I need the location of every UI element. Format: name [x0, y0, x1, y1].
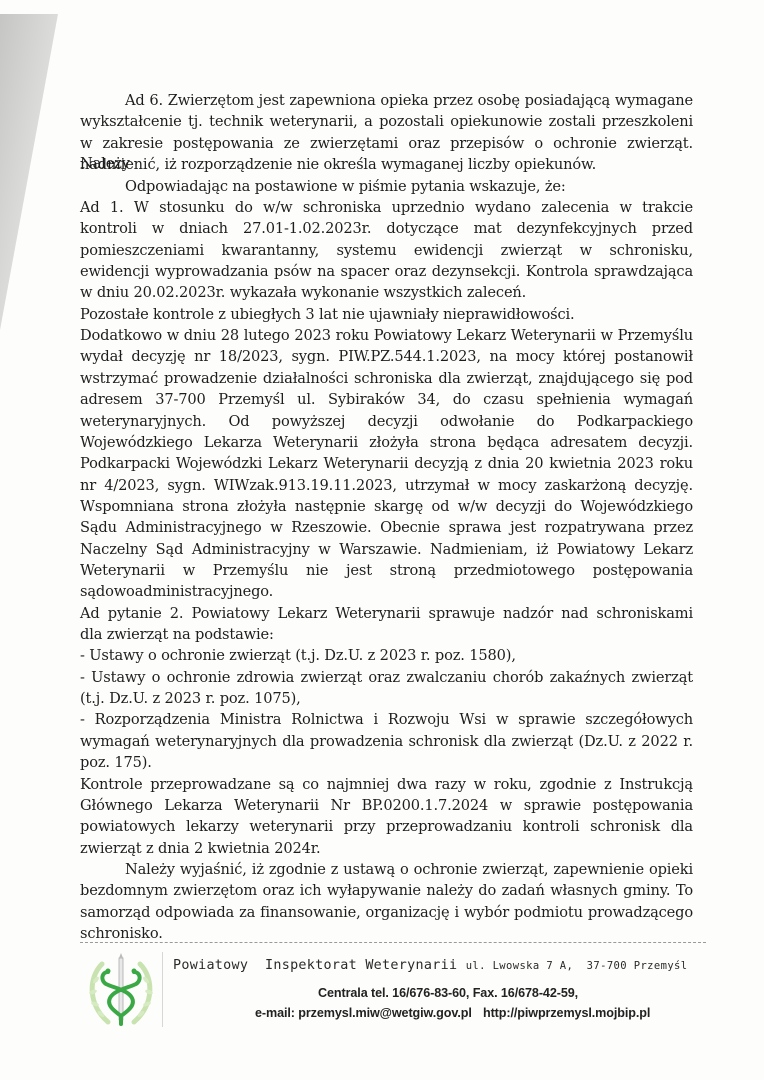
text-line: Wojewódzkiego Lekarza Weterynarii złożył…: [80, 433, 693, 453]
text-line: Należy wyjaśnić, iż zgodnie z ustawą o o…: [125, 860, 693, 880]
text-line: powiatowych lekarzy weterynarii przy prz…: [80, 817, 693, 837]
text-line: Pozostałe kontrole z ubiegłych 3 lat nie…: [80, 305, 693, 325]
text-line: kontroli w dniach 27.01-1.02.2023r. doty…: [80, 219, 693, 239]
footer-separator: [162, 952, 163, 1027]
text-line: bezdomnym zwierzętom oraz ich wyłapywani…: [80, 881, 693, 901]
organization-name: Powiatowy Inspektorat Weterynarii: [173, 958, 457, 973]
page-curl-shadow: [0, 0, 90, 1080]
text-line: adresem 37-700 Przemyśl ul. Sybiraków 34…: [80, 390, 693, 410]
text-line: Naczelny Sąd Administracyjny w Warszawie…: [80, 540, 693, 560]
email-line[interactable]: e-mail: przemysl.miw@wetgiw.gov.pl: [255, 1006, 472, 1020]
text-line: nadmienić, iż rozporządzenie nie określa…: [80, 155, 693, 175]
text-line: sądowoadministracyjnego.: [80, 582, 693, 602]
text-line: Weterynarii w Przemyślu nie jest stroną …: [80, 561, 693, 581]
footer-divider: [80, 942, 706, 943]
organization-address: ul. Lwowska 7 A, 37-700 Przemyśl: [466, 960, 688, 972]
text-line: - Ustawy o ochronie zdrowia zwierząt ora…: [80, 668, 693, 688]
text-line: dla zwierząt na podstawie:: [80, 625, 693, 645]
text-line: poz. 175).: [80, 753, 693, 773]
text-line: Podkarpacki Wojewódzki Lekarz Weterynari…: [80, 454, 693, 474]
text-line: Ad 1. W stosunku do w/w schroniska uprze…: [80, 198, 693, 218]
text-line: (t.j. Dz.U. z 2023 r. poz. 1075),: [80, 689, 693, 709]
text-line: ewidencji wyprowadzania psów na spacer o…: [80, 262, 693, 282]
text-line: - Rozporządzenia Ministra Rolnictwa i Ro…: [80, 710, 693, 730]
text-line: samorząd odpowiada za finansowanie, orga…: [80, 903, 693, 923]
text-line: Głównego Lekarza Weterynarii Nr BP.0200.…: [80, 796, 693, 816]
text-line: Ad pytanie 2. Powiatowy Lekarz Weterynar…: [80, 604, 693, 624]
text-line: weterynaryjnych. Od powyższej decyzji od…: [80, 412, 693, 432]
text-line: wstrzymać prowadzenie działalności schro…: [80, 369, 693, 389]
text-line: Sądu Administracyjnego w Rzeszowie. Obec…: [80, 518, 693, 538]
text-line: wykształcenie tj. technik weterynarii, a…: [80, 112, 693, 132]
text-line: nr 4/2023, sygn. WIWzak.913.19.11.2023, …: [80, 476, 693, 496]
text-line: w dniu 20.02.2023r. wykazała wykonanie w…: [80, 283, 693, 303]
text-line: Dodatkowo w dniu 28 lutego 2023 roku Pow…: [80, 326, 693, 346]
text-line: zwierząt z dnia 2 kwietnia 2024r.: [80, 839, 693, 859]
website-link[interactable]: http://piwprzemysl.mojbip.pl: [483, 1006, 650, 1020]
text-line: wydał decyzję nr 18/2023, sygn. PIW.PZ.5…: [80, 347, 693, 367]
text-line: pomieszczeniami kwarantanny, systemu ewi…: [80, 241, 693, 261]
caduceus-wreath-icon: [86, 950, 156, 1030]
text-line: Ad 6. Zwierzętom jest zapewniona opieka …: [125, 91, 693, 111]
organization-header: Powiatowy Inspektorat Weterynarii ul. Lw…: [173, 958, 688, 973]
text-line: Kontrole przeprowadzane są co najmniej d…: [80, 775, 693, 795]
text-line: Wspomniana strona złożyła następnie skar…: [80, 497, 693, 517]
text-line: Odpowiadając na postawione w piśmie pyta…: [125, 177, 693, 197]
text-line: wymagań weterynaryjnych dla prowadzenia …: [80, 732, 693, 752]
text-line: schronisko.: [80, 924, 693, 944]
phone-fax-line: Centrala tel. 16/676-83-60, Fax. 16/678-…: [318, 986, 578, 1000]
text-line: - Ustawy o ochronie zwierząt (t.j. Dz.U.…: [80, 646, 693, 666]
